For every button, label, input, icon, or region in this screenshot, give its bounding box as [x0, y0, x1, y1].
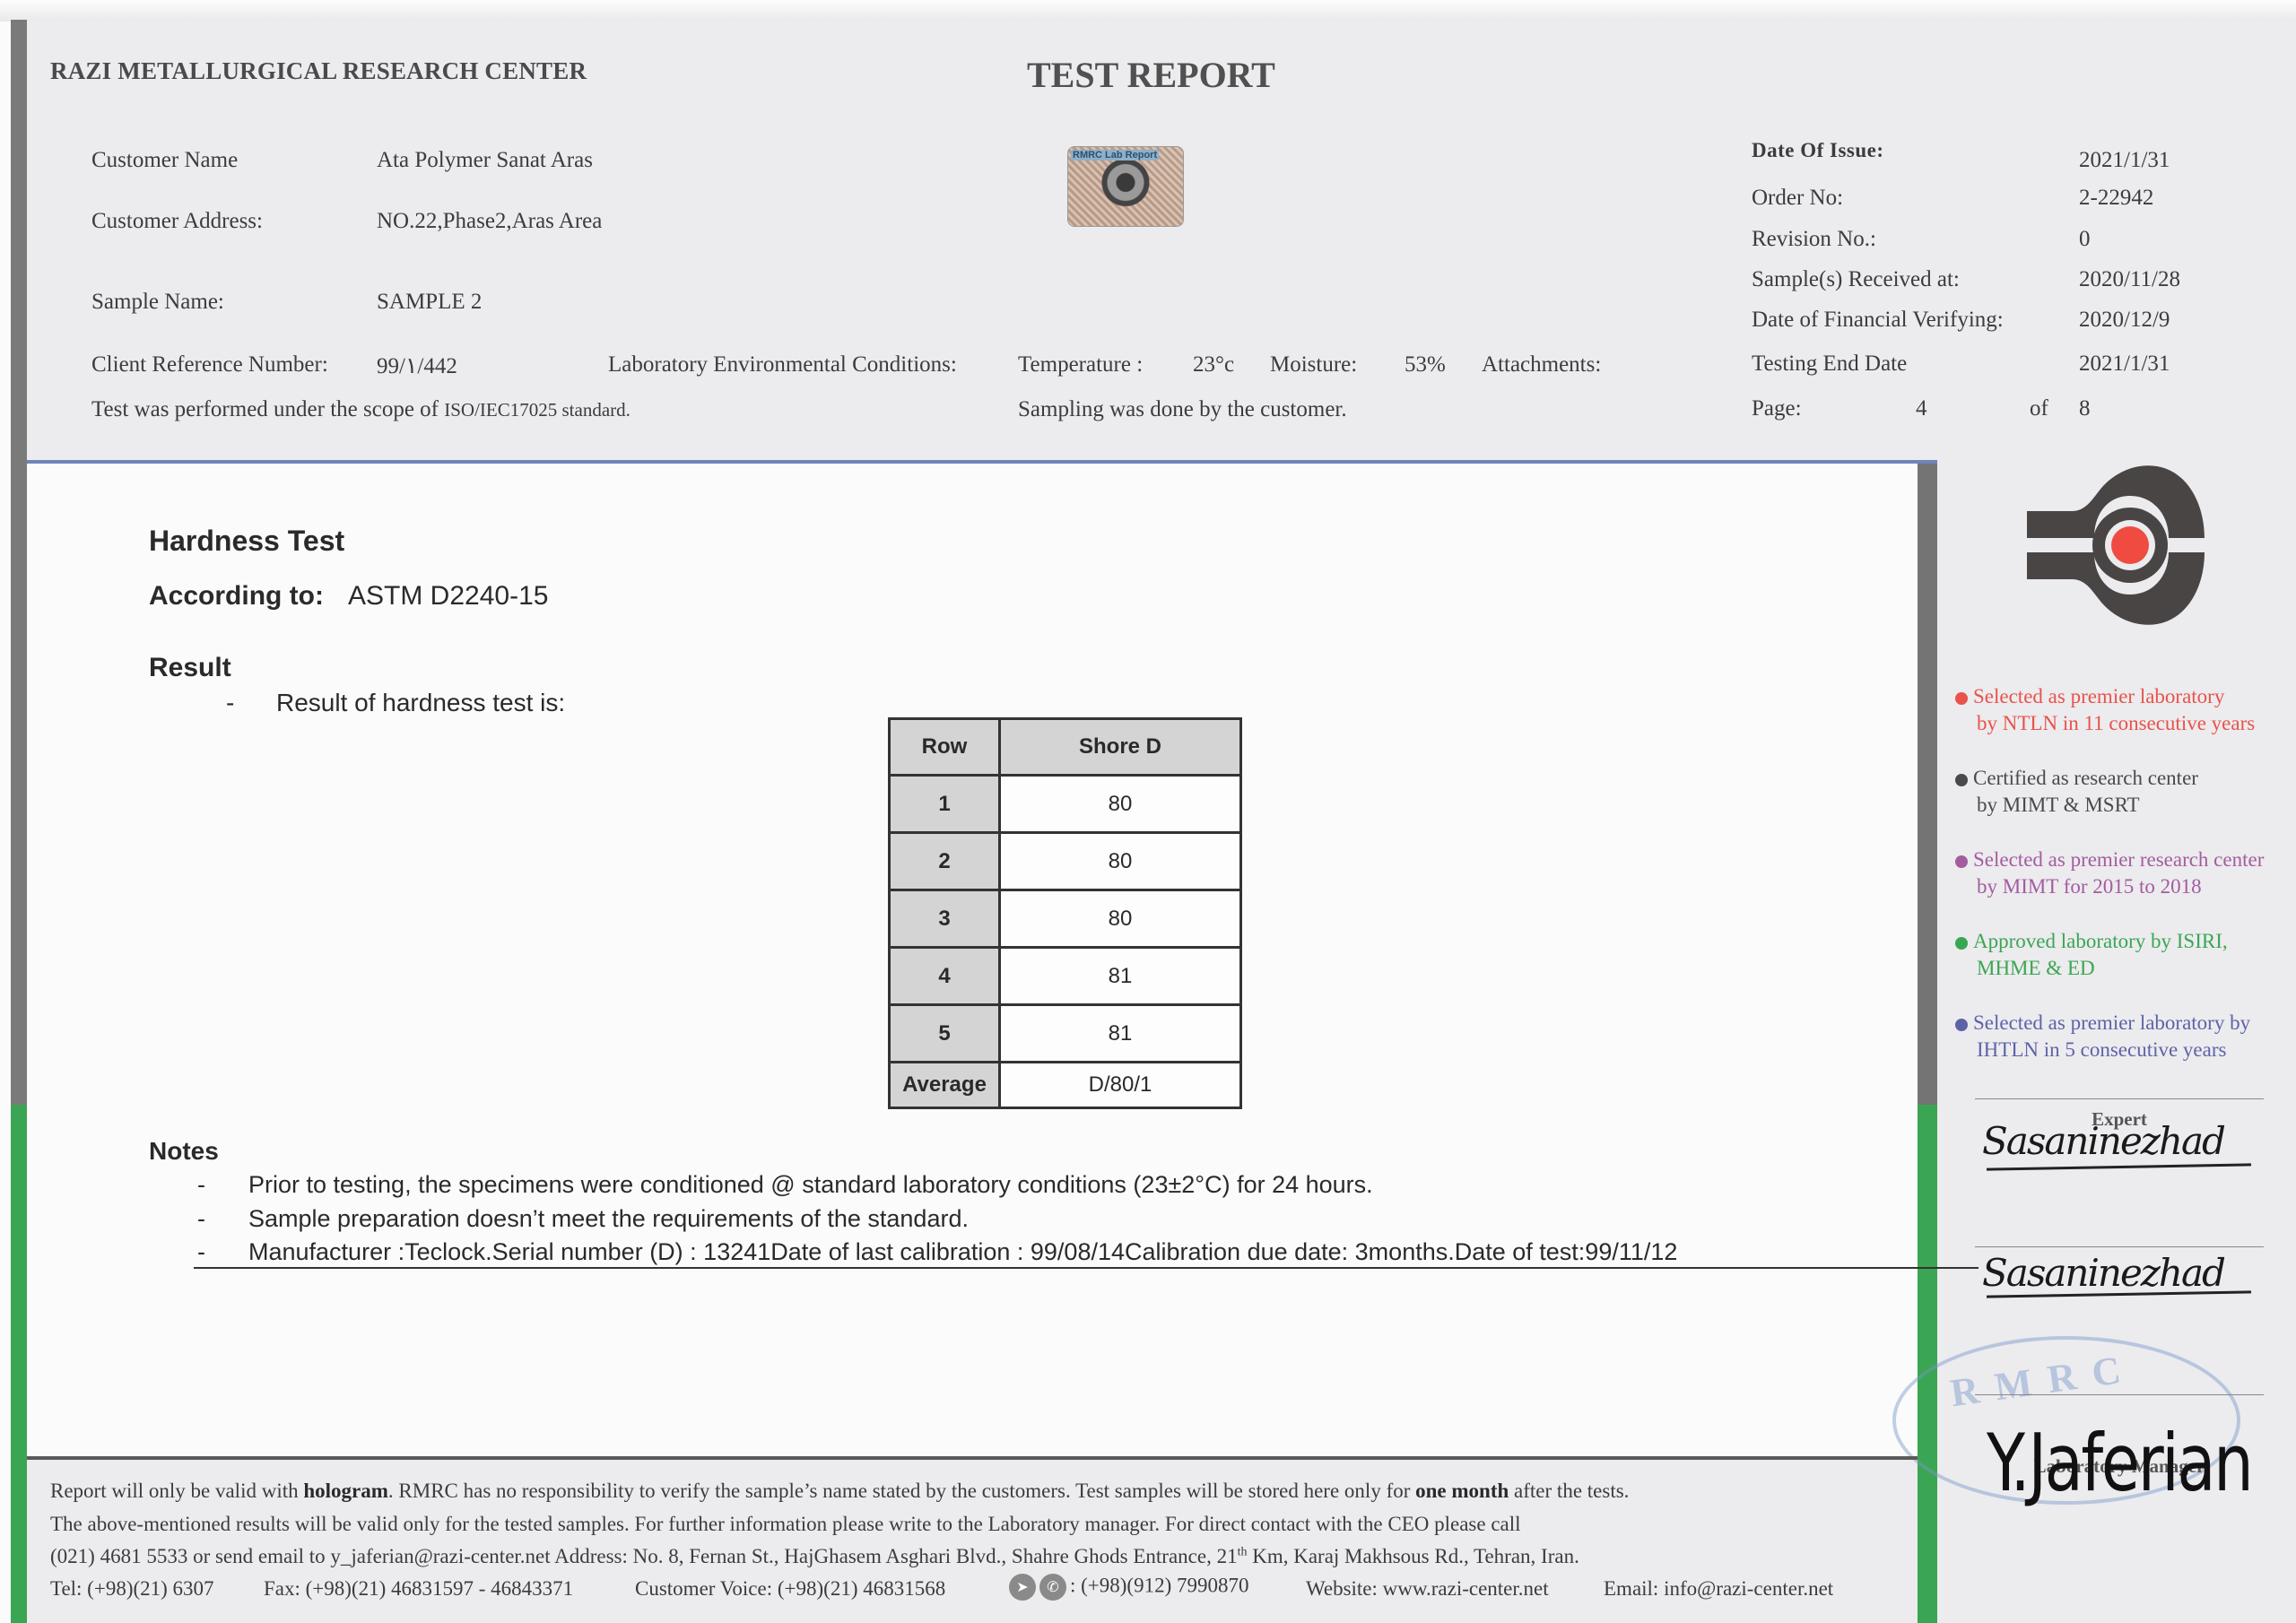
footer-tel: Tel: (+98)(21) 6307	[50, 1577, 214, 1601]
temperature-label: Temperature :	[1018, 352, 1143, 378]
result-heading: Result	[149, 653, 231, 683]
note-item: -Sample preparation doesn’t meet the req…	[197, 1205, 969, 1233]
organization-name: RAZI METALLURGICAL RESEARCH CENTER	[50, 57, 587, 85]
shore-d-value: 80	[1000, 833, 1241, 890]
footer-emphasis: hologram	[303, 1480, 388, 1502]
bullet-dash: -	[197, 1205, 248, 1233]
moisture-label: Moisture:	[1270, 352, 1357, 378]
client-ref-value: 99/١/442	[377, 352, 457, 379]
client-ref-label: Client Reference Number:	[91, 352, 328, 378]
meta-label: Date of Financial Verifying:	[1752, 308, 2004, 333]
bullet-dot-icon	[1955, 855, 1968, 868]
messenger-number: : (+98)(912) 7990870	[1070, 1574, 1249, 1596]
footer-email[interactable]: Email: info@razi-center.net	[1604, 1577, 1833, 1601]
customer-address-label: Customer Address:	[91, 209, 263, 234]
attachments-label: Attachments:	[1482, 352, 1601, 378]
hologram-seal: RMRC Lab Report	[1067, 146, 1184, 227]
hardness-table: Row Shore D 180280380481581AverageD/80/1	[888, 717, 1242, 1109]
page-current: 4	[1916, 396, 1927, 421]
footer-text: . RMRC has no responsibility to verify t…	[388, 1480, 1410, 1502]
meta-label: Order No:	[1752, 186, 1843, 211]
bullet-dot-icon	[1955, 937, 1968, 950]
sample-name-value: SAMPLE 2	[377, 290, 482, 315]
column-header-shore-d: Shore D	[1000, 719, 1241, 776]
result-intro-text: Result of hardness test is:	[276, 689, 565, 716]
page-total: 8	[2079, 396, 2091, 421]
bullet-dash: -	[197, 1171, 248, 1199]
accolade-line: Selected as premier laboratory by	[1973, 1011, 2250, 1034]
result-intro: -Result of hardness test is:	[226, 689, 565, 717]
page-label: Page:	[1752, 396, 1802, 421]
footer-fax: Fax: (+98)(21) 46831597 - 46843371	[264, 1577, 573, 1601]
note-text: Manufacturer :Teclock.Serial number (D) …	[248, 1238, 1677, 1265]
accolade-line: IHTLN in 5 consecutive years	[1955, 1037, 2250, 1063]
table-row: 481	[890, 948, 1241, 1005]
bullet-dot-icon	[1955, 1019, 1968, 1031]
lab-env-label: Laboratory Environmental Conditions:	[608, 352, 957, 378]
row-number: 5	[890, 1005, 1000, 1063]
note-item: -Manufacturer :Teclock.Serial number (D)…	[197, 1238, 1677, 1266]
note-text: Sample preparation doesn’t meet the requ…	[248, 1205, 969, 1232]
rmrc-logo-icon	[2009, 456, 2206, 635]
footer-validity: Report will only be valid with hologram.…	[50, 1480, 1629, 1503]
accolade-line: by MIMT for 2015 to 2018	[1955, 873, 2264, 900]
shore-d-value: 80	[1000, 776, 1241, 833]
meta-label: Date Of Issue:	[1752, 139, 1884, 162]
meta-label: Revision No.:	[1752, 227, 1876, 252]
meta-label: Testing End Date	[1752, 352, 1907, 377]
note-text: Prior to testing, the specimens were con…	[248, 1171, 1373, 1198]
telegram-icon: ➤	[1009, 1574, 1036, 1601]
note-item: -Prior to testing, the specimens were co…	[197, 1171, 1373, 1199]
technical-signature: Sasaninezhad	[1982, 1251, 2224, 1295]
footer-messenger: ➤✆: (+98)(912) 7990870	[1009, 1574, 1249, 1601]
shore-d-value: 80	[1000, 890, 1241, 948]
meta-value: 2021/1/31	[2079, 352, 2170, 377]
hologram-label: RMRC Lab Report	[1071, 150, 1159, 161]
manager-signature-line	[1975, 1394, 2264, 1395]
whatsapp-icon: ✆	[1039, 1574, 1066, 1601]
sampling-note: Sampling was done by the customer.	[1018, 397, 1347, 422]
accolade-item: Selected as premier laboratory byIHTLN i…	[1955, 1010, 2250, 1063]
meta-value: 0	[2079, 227, 2091, 252]
accolade-line: MHME & ED	[1955, 955, 2228, 982]
meta-value: 2020/12/9	[2079, 308, 2170, 333]
table-row-average: AverageD/80/1	[890, 1063, 1241, 1108]
report-title: TEST REPORT	[1027, 54, 1275, 96]
footer-text: (021) 4681 5533 or send email to y_jafer…	[50, 1545, 1238, 1567]
row-number: 3	[890, 890, 1000, 948]
accolade-item: Certified as research centerby MIMT & MS…	[1955, 765, 2198, 819]
meta-value: 2-22942	[2079, 186, 2153, 211]
moisture-value: 53%	[1405, 352, 1446, 378]
customer-name-label: Customer Name	[91, 148, 238, 173]
footer-website[interactable]: Website: www.razi-center.net	[1306, 1577, 1549, 1601]
meta-value: 2021/1/31	[2079, 148, 2170, 173]
sample-name-label: Sample Name:	[91, 290, 224, 315]
accolade-item: Approved laboratory by ISIRI,MHME & ED	[1955, 928, 2228, 982]
bullet-dot-icon	[1955, 692, 1968, 705]
according-label: According to:	[149, 581, 324, 612]
scope-standard: ISO/IEC17025 standard.	[444, 399, 631, 421]
temperature-value: 23°c	[1193, 352, 1234, 378]
manager-signature: Y.Jaferian	[1987, 1417, 2251, 1509]
accolade-item: Selected as premier laboratoryby NTLN in…	[1955, 683, 2255, 737]
bullet-dash: -	[226, 689, 276, 717]
bullet-dot-icon	[1955, 774, 1968, 786]
shore-d-value: 81	[1000, 1005, 1241, 1063]
average-label: Average	[890, 1063, 1000, 1108]
table-row: 180	[890, 776, 1241, 833]
table-row: 380	[890, 890, 1241, 948]
expert-signature-line	[1975, 1098, 2264, 1099]
accolade-line: Certified as research center	[1973, 767, 2198, 789]
notes-underline	[194, 1267, 1979, 1269]
customer-name-value: Ata Polymer Sanat Aras	[377, 148, 593, 173]
bullet-dash: -	[197, 1238, 248, 1266]
footer-customer-voice: Customer Voice: (+98)(21) 46831568	[635, 1577, 945, 1601]
left-margin-strip-green	[11, 1105, 27, 1623]
accolade-line: Approved laboratory by ISIRI,	[1973, 930, 2228, 952]
content-side-bar	[1918, 464, 1937, 1105]
footer-divider	[27, 1456, 1918, 1460]
row-number: 1	[890, 776, 1000, 833]
stamp-text: RMRC	[1947, 1345, 2139, 1417]
row-number: 2	[890, 833, 1000, 890]
row-number: 4	[890, 948, 1000, 1005]
footer-sup: th	[1238, 1545, 1248, 1558]
technical-signature-line	[1975, 1246, 2264, 1247]
standard-value: ASTM D2240-15	[348, 581, 548, 612]
footer-text: after the tests.	[1514, 1480, 1629, 1502]
notes-heading: Notes	[149, 1137, 219, 1166]
test-title: Hardness Test	[149, 525, 344, 558]
meta-label: Sample(s) Received at:	[1752, 267, 1960, 292]
scope-prefix: Test was performed under the scope of	[91, 397, 439, 421]
expert-signature: Sasaninezhad	[1982, 1119, 2224, 1163]
footer-emphasis: one month	[1415, 1480, 1509, 1502]
footer-address: (021) 4681 5533 or send email to y_jafer…	[50, 1545, 1579, 1568]
footer-text: Km, Karaj Makhsous Rd., Tehran, Iran.	[1247, 1545, 1578, 1567]
average-value: D/80/1	[1000, 1063, 1241, 1108]
accolade-line: by NTLN in 11 consecutive years	[1955, 710, 2255, 737]
scope-statement: Test was performed under the scope of IS…	[91, 397, 631, 422]
accolade-line: by MIMT & MSRT	[1955, 792, 2198, 819]
accolade-item: Selected as premier research centerby MI…	[1955, 846, 2264, 900]
footer-text: Report will only be valid with	[50, 1480, 299, 1502]
column-header-row: Row	[890, 719, 1000, 776]
accolade-line: Selected as premier laboratory	[1973, 685, 2224, 707]
content-side-bar-green	[1918, 1105, 1937, 1623]
accolade-line: Selected as premier research center	[1973, 848, 2264, 871]
page-of: of	[2030, 396, 2048, 421]
meta-value: 2020/11/28	[2079, 267, 2180, 292]
table-row: 280	[890, 833, 1241, 890]
footer-contact-info: The above-mentioned results will be vali…	[50, 1513, 1521, 1536]
scan-edge	[0, 0, 2296, 22]
table-header-row: Row Shore D	[890, 719, 1241, 776]
shore-d-value: 81	[1000, 948, 1241, 1005]
customer-address-value: NO.22,Phase2,Aras Area	[377, 209, 602, 234]
table-row: 581	[890, 1005, 1241, 1063]
